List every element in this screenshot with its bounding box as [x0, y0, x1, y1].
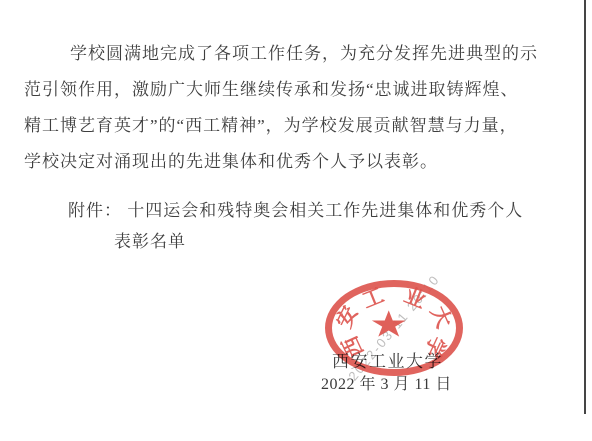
paragraph-line-4: 学校决定对涌现出的先进集体和优秀个人予以表彰。 — [24, 147, 438, 172]
issuer-name: 西安工业大学 — [332, 347, 443, 372]
seal-arc-char-ye: 业 — [399, 282, 430, 313]
paragraph-line-3: 精工博艺育英才”的“西工精神”，为学校发展贡献智慧与力量， — [24, 111, 518, 136]
seal-arc-char-da: 大 — [425, 301, 457, 333]
paragraph-line-1: 学校圆满地完成了各项工作任务，为充分发挥先进典型的示 — [24, 39, 538, 64]
seal-arc-char-gong: 工 — [357, 282, 388, 313]
issue-date: 2022 年 3 月 11 日 — [321, 371, 452, 394]
attachment-line: 附件： 十四运会和残特奥会相关工作先进集体和优秀个人 — [68, 196, 523, 221]
attachment-line-continued: 表彰名单 — [114, 227, 186, 252]
paragraph-line-2: 范引领作用，激励广大师生继续传承和发扬“忠诚进取铸辉煌、 — [24, 75, 519, 100]
star-icon: ★ — [369, 307, 408, 343]
document-page: 学校圆满地完成了各项工作任务，为充分发挥先进典型的示 范引领作用，激励广大师生继… — [0, 0, 592, 441]
page-edge-line — [584, 0, 586, 414]
seal-arc-char-an: 安 — [331, 301, 363, 333]
